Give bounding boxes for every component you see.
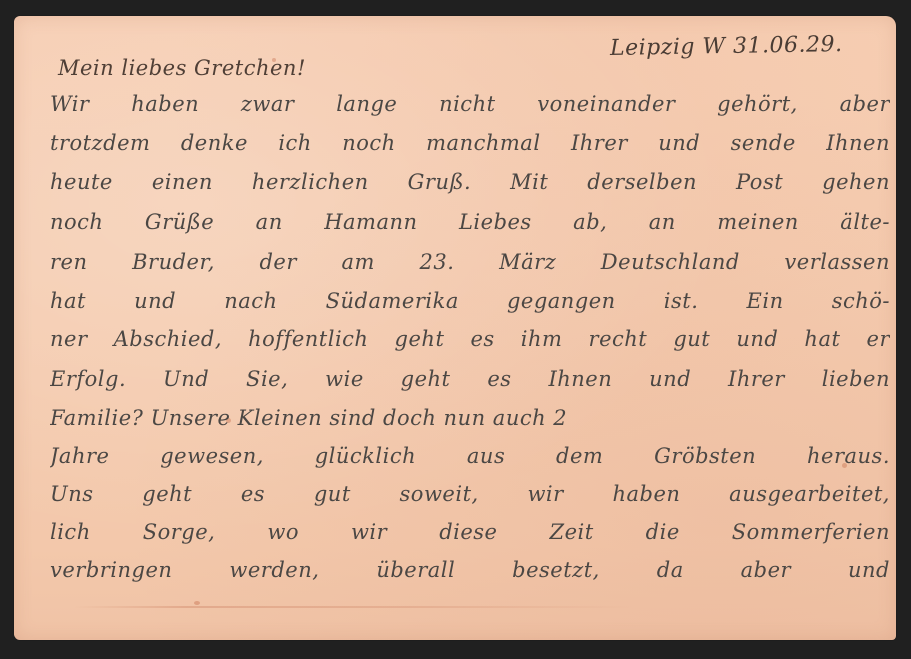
letter-line: ren Bruder, der am 23. März Deutschland … <box>50 250 890 274</box>
letter-line: Uns geht es gut soweit, wir haben ausgea… <box>50 482 890 506</box>
letter-line: Wir haben zwar lange nicht voneinander g… <box>50 92 890 116</box>
letter-line: verbringen werden, überall besetzt, da a… <box>50 558 890 582</box>
letter-line: lich Sorge, wo wir diese Zeit die Sommer… <box>50 520 890 544</box>
place-date: Leipzig W 31.06.29. <box>610 32 843 61</box>
paper-stain <box>194 601 200 605</box>
letter-line: trotzdem denke ich noch manchmal Ihrer u… <box>50 131 890 155</box>
letter-line: hat und nach Südamerika gegangen ist. Ei… <box>50 289 890 313</box>
letter-line: ner Abschied, hoffentlich geht es ihm re… <box>50 327 890 351</box>
postcard: Leipzig W 31.06.29. Mein liebes Gretchen… <box>14 16 896 640</box>
letter-line: Jahre gewesen, glücklich aus dem Gröbste… <box>50 444 890 468</box>
letter-line: Erfolg. Und Sie, wie geht es Ihnen und I… <box>50 367 890 391</box>
letter-line: heute einen herzlichen Gruß. Mit derselb… <box>50 170 890 194</box>
letter-line: noch Grüße an Hamann Liebes ab, an meine… <box>50 210 890 234</box>
salutation: Mein liebes Gretchen! <box>58 56 306 80</box>
paper-crease <box>74 606 634 608</box>
photo-background: Leipzig W 31.06.29. Mein liebes Gretchen… <box>0 0 911 659</box>
letter-line: Familie? Unsere Kleinen sind doch nun au… <box>50 406 840 430</box>
